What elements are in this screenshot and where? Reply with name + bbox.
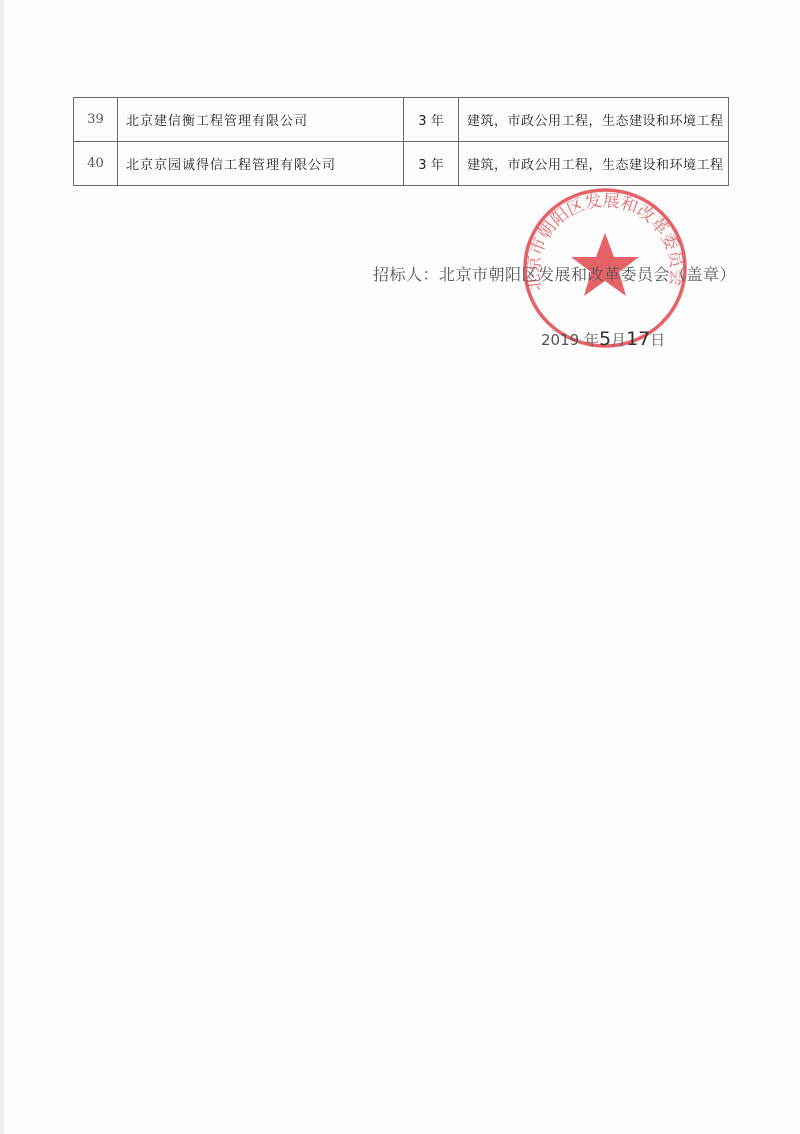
service-term: 3 年 [404, 142, 459, 186]
date-year: 2019 年 [541, 331, 599, 349]
date-month: 5 [599, 328, 611, 350]
business-scope: 建筑，市政公用工程，生态建设和环境工程 [459, 142, 729, 186]
table-row: 40 北京京园诚得信工程管理有限公司 3 年 建筑，市政公用工程，生态建设和环境… [74, 142, 729, 186]
row-number: 40 [74, 142, 118, 186]
row-number: 39 [74, 98, 118, 142]
issue-date: 2019 年5月17日 [541, 328, 665, 350]
issuer-signature: 招标人：北京市朝阳区发展和改革委员会（盖章） [373, 262, 736, 285]
date-day: 17 [626, 328, 650, 350]
page-edge [0, 0, 4, 1134]
date-day-unit: 日 [650, 331, 665, 349]
company-name: 北京京园诚得信工程管理有限公司 [118, 142, 404, 186]
company-name: 北京建信衡工程管理有限公司 [118, 98, 404, 142]
business-scope: 建筑，市政公用工程，生态建设和环境工程 [459, 98, 729, 142]
service-term: 3 年 [404, 98, 459, 142]
company-table: 39 北京建信衡工程管理有限公司 3 年 建筑，市政公用工程，生态建设和环境工程… [73, 97, 729, 186]
date-month-unit: 月 [611, 331, 626, 349]
table-row: 39 北京建信衡工程管理有限公司 3 年 建筑，市政公用工程，生态建设和环境工程 [74, 98, 729, 142]
